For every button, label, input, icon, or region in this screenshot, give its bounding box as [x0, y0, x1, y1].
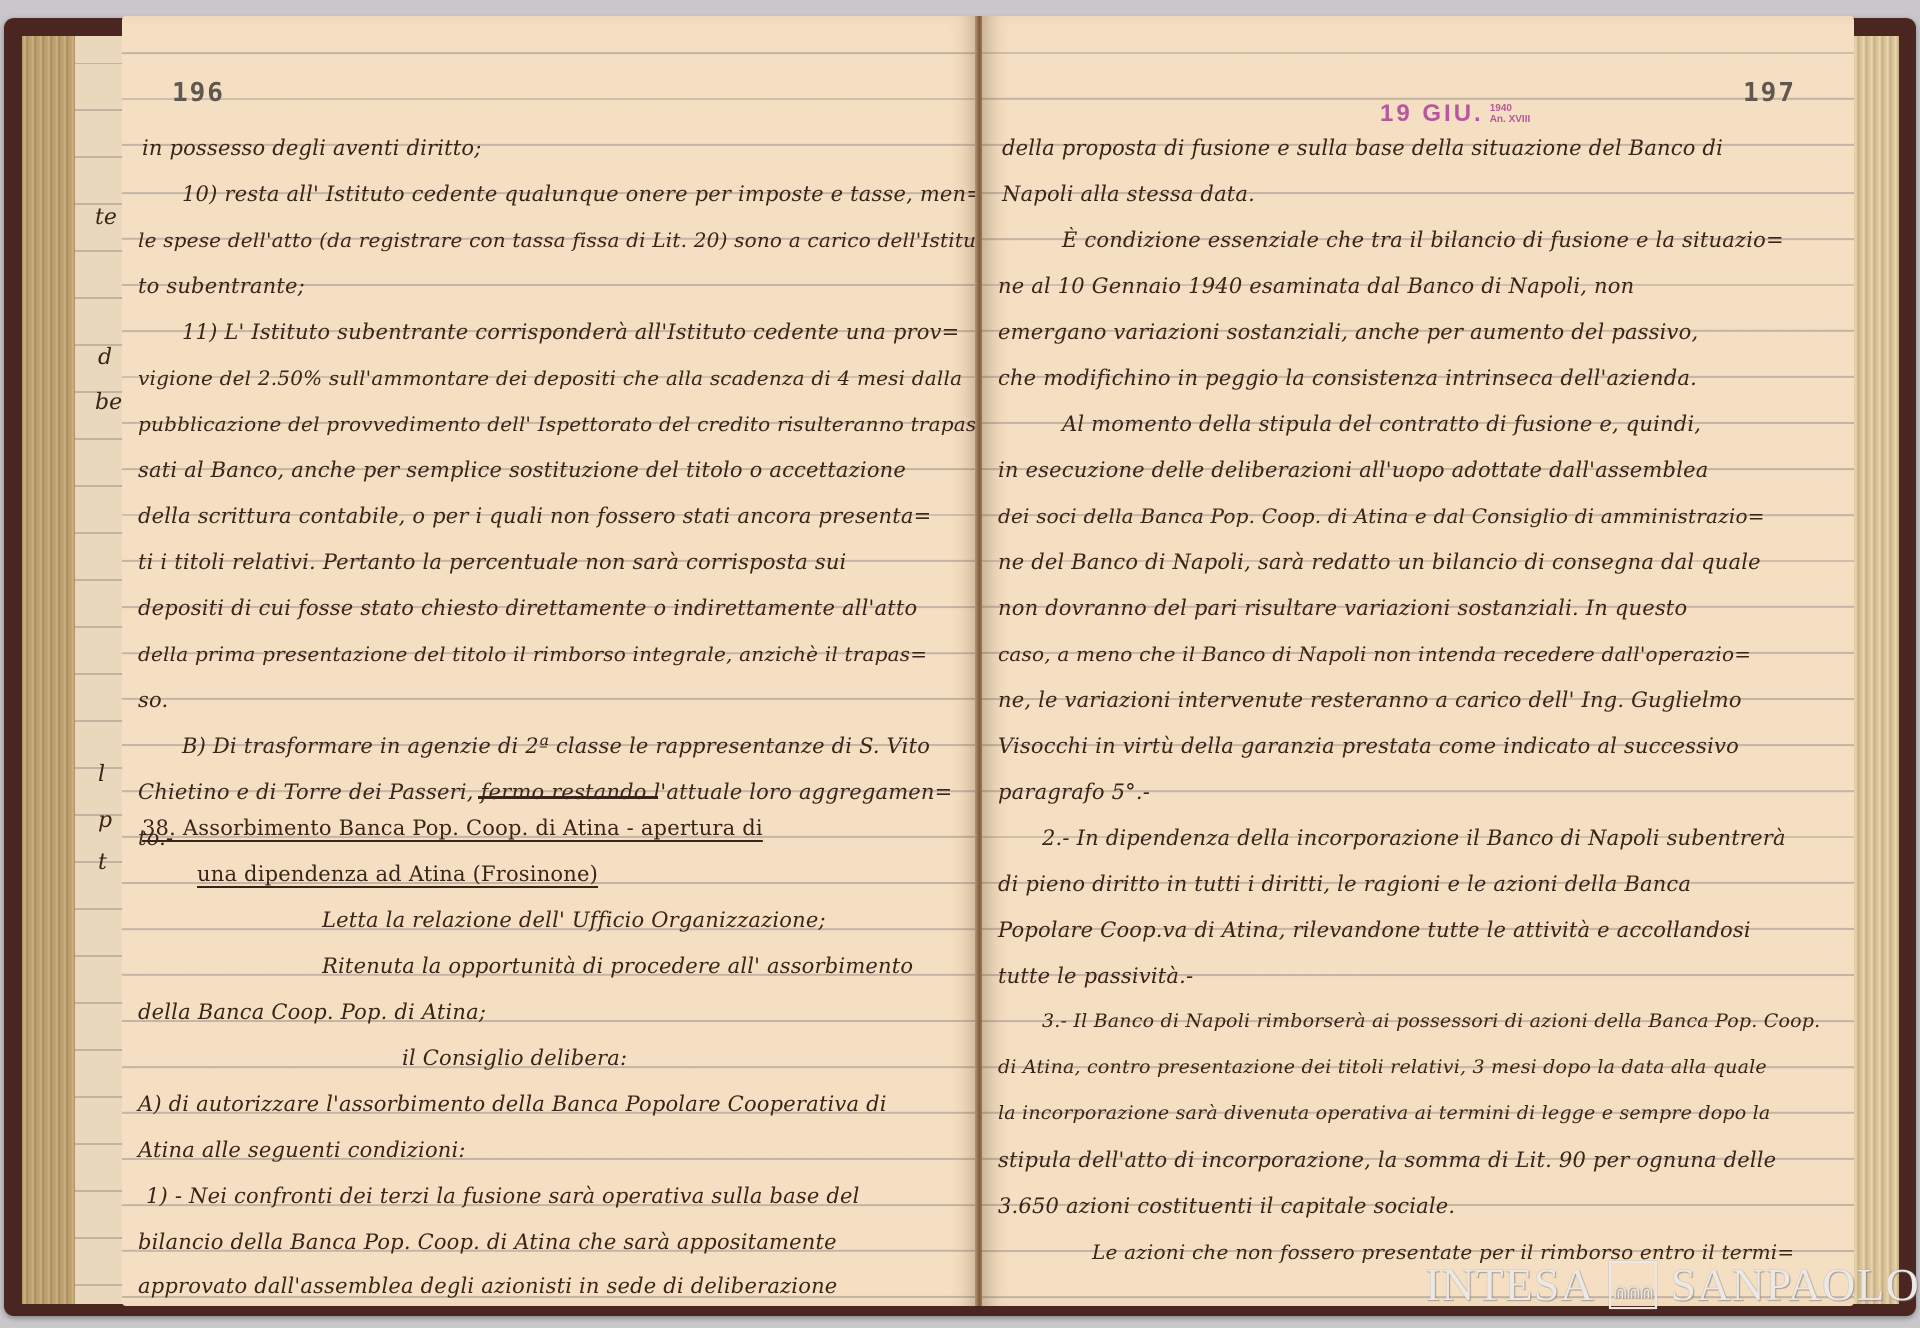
text-line: Letta la relazione dell' Ufficio Organiz… [322, 908, 826, 932]
text-line: depositi di cui fosse stato chiesto dire… [138, 596, 917, 620]
text-line: tutte le passività.- [998, 964, 1193, 988]
text-line: Popolare Coop.va di Atina, rilevandone t… [998, 918, 1751, 942]
margin-note: d [98, 345, 112, 370]
text-line: A) di autorizzare l'assorbimento della B… [138, 1092, 887, 1116]
text-line: non dovranno del pari risultare variazio… [998, 596, 1687, 620]
stamp-year: 1940 [1490, 103, 1531, 114]
text-line: che modifichino in peggio la consistenza… [998, 366, 1697, 390]
stamp-day-month: 19 GIU. [1380, 100, 1484, 128]
stamp-era: An. XVIII [1490, 114, 1531, 125]
page-number-right: 197 [1743, 78, 1796, 108]
date-stamp: 19 GIU. 1940 An. XVIII [1380, 100, 1530, 128]
page-number-left: 196 [172, 78, 225, 108]
right-page: 197 della proposta di fusione e sulla ba… [982, 16, 1854, 1306]
text-line: approvato dall'assemblea degli azionisti… [138, 1274, 837, 1298]
text-line: Al momento della stipula del contratto d… [1062, 412, 1701, 436]
text-line: È condizione essenziale che tra il bilan… [1062, 228, 1784, 252]
stamp-year-block: 1940 An. XVIII [1490, 103, 1531, 125]
text-line: ne del Banco di Napoli, sarà redatto un … [998, 550, 1761, 574]
text-line: vigione del 2.50% sull'ammontare dei dep… [138, 366, 962, 390]
left-page: 196 in possesso degli aventi diritto; 10… [122, 16, 978, 1306]
text-line: ne al 10 Gennaio 1940 esaminata dal Banc… [998, 274, 1634, 298]
text-line: di pieno diritto in tutti i diritti, le … [998, 872, 1691, 896]
text-line: Napoli alla stessa data. [1002, 182, 1255, 206]
text-line: to subentrante; [138, 274, 305, 298]
bank-logo-icon: ⋒⋒⋒ [1609, 1261, 1657, 1309]
section-heading-line-1: 38. Assorbimento Banca Pop. Coop. di Ati… [142, 816, 763, 840]
text-line: bilancio della Banca Pop. Coop. di Atina… [138, 1230, 837, 1254]
section-divider [478, 796, 658, 799]
text-line: Ritenuta la opportunità di procedere all… [322, 954, 913, 978]
section-heading-line-2: una dipendenza ad Atina (Frosinone) [197, 862, 598, 886]
text-line: caso, a meno che il Banco di Napoli non … [998, 642, 1751, 666]
text-line: sati al Banco, anche per semplice sostit… [138, 458, 906, 482]
intesa-sanpaolo-watermark: INTESA ⋒⋒⋒ SANPAOLO [1425, 1258, 1920, 1311]
text-line: il Consiglio delibera: [402, 1046, 627, 1070]
text-line: la incorporazione sarà divenuta operativ… [998, 1102, 1770, 1124]
text-line: ne, le variazioni intervenute resteranno… [998, 688, 1742, 712]
text-line: stipula dell'atto di incorporazione, la … [998, 1148, 1776, 1172]
text-line: della Banca Coop. Pop. di Atina; [138, 1000, 486, 1024]
text-line: di Atina, contro presentazione dei titol… [998, 1056, 1767, 1078]
text-line: ti i titoli relativi. Pertanto la percen… [138, 550, 846, 574]
text-line: in esecuzione delle deliberazioni all'uo… [998, 458, 1708, 482]
text-line: 3.650 azioni costituenti il capitale soc… [998, 1194, 1455, 1218]
right-page-block-edge [1852, 36, 1899, 1304]
text-line: dei soci della Banca Pop. Coop. di Atina… [998, 504, 1765, 528]
text-line: 2.- In dipendenza della incorporazione i… [1042, 826, 1786, 850]
text-line: B) Di trasformare in agenzie di 2ª class… [182, 734, 930, 758]
margin-note: te [95, 205, 117, 230]
text-line: Visocchi in virtù della garanzia prestat… [998, 734, 1739, 758]
text-line: le spese dell'atto (da registrare con ta… [138, 228, 993, 252]
text-line: in possesso degli aventi diritto; [142, 136, 482, 160]
text-line: della scrittura contabile, o per i quali… [138, 504, 931, 528]
text-line: 3.- Il Banco di Napoli rimborserà ai pos… [1042, 1010, 1820, 1032]
text-line: della prima presentazione del titolo il … [138, 642, 927, 666]
text-line: della proposta di fusione e sulla base d… [1002, 136, 1723, 160]
margin-note: be [95, 390, 122, 415]
text-line: pubblicazione del provvedimento dell' Is… [138, 412, 976, 436]
text-line: Atina alle seguenti condizioni: [138, 1138, 466, 1162]
watermark-left-text: INTESA [1425, 1258, 1595, 1311]
text-line: emergano variazioni sostanziali, anche p… [998, 320, 1698, 344]
watermark-right-text: SANPAOLO [1671, 1258, 1920, 1311]
text-line: so. [138, 688, 168, 712]
text-line: 11) L' Istituto subentrante corrisponder… [182, 320, 959, 344]
text-line: paragrafo 5°.- [998, 780, 1150, 804]
margin-note: p [98, 808, 112, 833]
text-line: 1) - Nei confronti dei terzi la fusione … [146, 1184, 860, 1208]
text-line: 10) resta all' Istituto cedente qualunqu… [182, 182, 984, 206]
margin-note: t [98, 850, 107, 875]
margin-note: l [98, 762, 105, 787]
text-line: Chietino e di Torre dei Passeri, fermo r… [138, 780, 952, 804]
